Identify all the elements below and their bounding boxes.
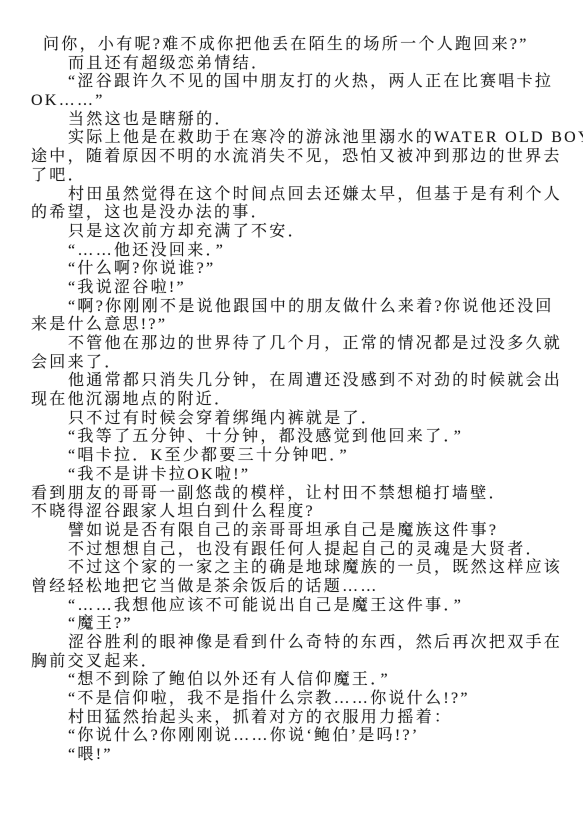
text-line: “魔王?” <box>31 615 559 634</box>
text-line: 不管他在那边的世界待了几个月，正常的情况都是过没多久就 <box>31 335 559 354</box>
text-line: “喂!” <box>31 746 559 765</box>
text-line: 会回来了． <box>31 354 559 373</box>
text-line: “什么啊?你说谁?” <box>31 260 559 279</box>
text-line: 譬如说是否有限自己的亲哥哥坦承自己是魔族这件事? <box>31 522 559 541</box>
text-line: “我等了五分钟、十分钟，都没感觉到他回来了．” <box>31 428 559 447</box>
text-line: 当然这也是瞎掰的． <box>31 111 559 130</box>
text-line: 来是什么意思!?” <box>31 316 559 335</box>
text-line: 不过想想自己，也没有跟任何人提起自己的灵魂是大贤者． <box>31 541 559 560</box>
text-line: 实际上他是在救助于在寒冷的游泳池里溺水的WATER OLD BOYS <box>31 129 559 148</box>
text-line: “啊?你刚刚不是说他跟国中的朋友做什么来着?你说他还没回 <box>31 298 559 317</box>
text-line: 看到朋友的哥哥一副悠哉的模样，让村田不禁想槌打墙壁． <box>31 485 559 504</box>
text-line: 村田猛然抬起头来，抓着对方的衣服用力摇着： <box>31 709 559 728</box>
text-line: 问你，小有呢?难不成你把他丢在陌生的场所一个人跑回来?” <box>31 36 559 55</box>
text-line: 只不过有时候会穿着绑绳内裤就是了． <box>31 410 559 429</box>
text-line: “不是信仰啦，我不是指什么宗教……你说什么!?” <box>31 690 559 709</box>
text-line: “我说涩谷啦!” <box>31 279 559 298</box>
text-line: “唱卡拉．K至少都要三十分钟吧．” <box>31 447 559 466</box>
text-line: 而且还有超级恋弟情结． <box>31 55 559 74</box>
text-line: 了吧． <box>31 167 559 186</box>
novel-page: 问你，小有呢?难不成你把他丢在陌生的场所一个人跑回来?”而且还有超级恋弟情结．“… <box>0 0 583 828</box>
text-line: 村田虽然觉得在这个时间点回去还嫌太早，但基于是有利个人 <box>31 186 559 205</box>
text-line: 现在他沉溺地点的附近． <box>31 391 559 410</box>
text-line: 的希望，这也是没办法的事． <box>31 204 559 223</box>
text-line: “……他还没回来．” <box>31 242 559 261</box>
text-line: “你说什么?你刚刚说……你说‘鲍伯’是吗!?’ <box>31 727 559 746</box>
text-line: 不晓得涩谷跟家人坦白到什么程度? <box>31 503 559 522</box>
text-line: 他通常都只消失几分钟，在周遭还没感到不对劲的时候就会出 <box>31 372 559 391</box>
text-line: “想不到除了鲍伯以外还有人信仰魔王．” <box>31 671 559 690</box>
text-line: “涩谷跟许久不见的国中朋友打的火热，两人正在比赛唱卡拉 <box>31 73 559 92</box>
text-line: 只是这次前方却充满了不安． <box>31 223 559 242</box>
text-line: “我不是讲卡拉OK啦!” <box>31 466 559 485</box>
text-line: 曾经轻松地把它当做是茶余饭后的话题…… <box>31 578 559 597</box>
text-line: 途中，随着原因不明的水流消失不见，恐怕又被冲到那边的世界去 <box>31 148 559 167</box>
text-line: 不过这个家的一家之主的确是地球魔族的一员，既然这样应该 <box>31 559 559 578</box>
text-line: 涩谷胜利的眼神像是看到什么奇特的东西，然后再次把双手在 <box>31 634 559 653</box>
text-line: “……我想他应该不可能说出自己是魔王这件事．” <box>31 597 559 616</box>
text-line: OK……” <box>31 92 559 111</box>
text-block: 问你，小有呢?难不成你把他丢在陌生的场所一个人跑回来?”而且还有超级恋弟情结．“… <box>31 36 559 765</box>
text-line: 胸前交叉起来． <box>31 653 559 672</box>
